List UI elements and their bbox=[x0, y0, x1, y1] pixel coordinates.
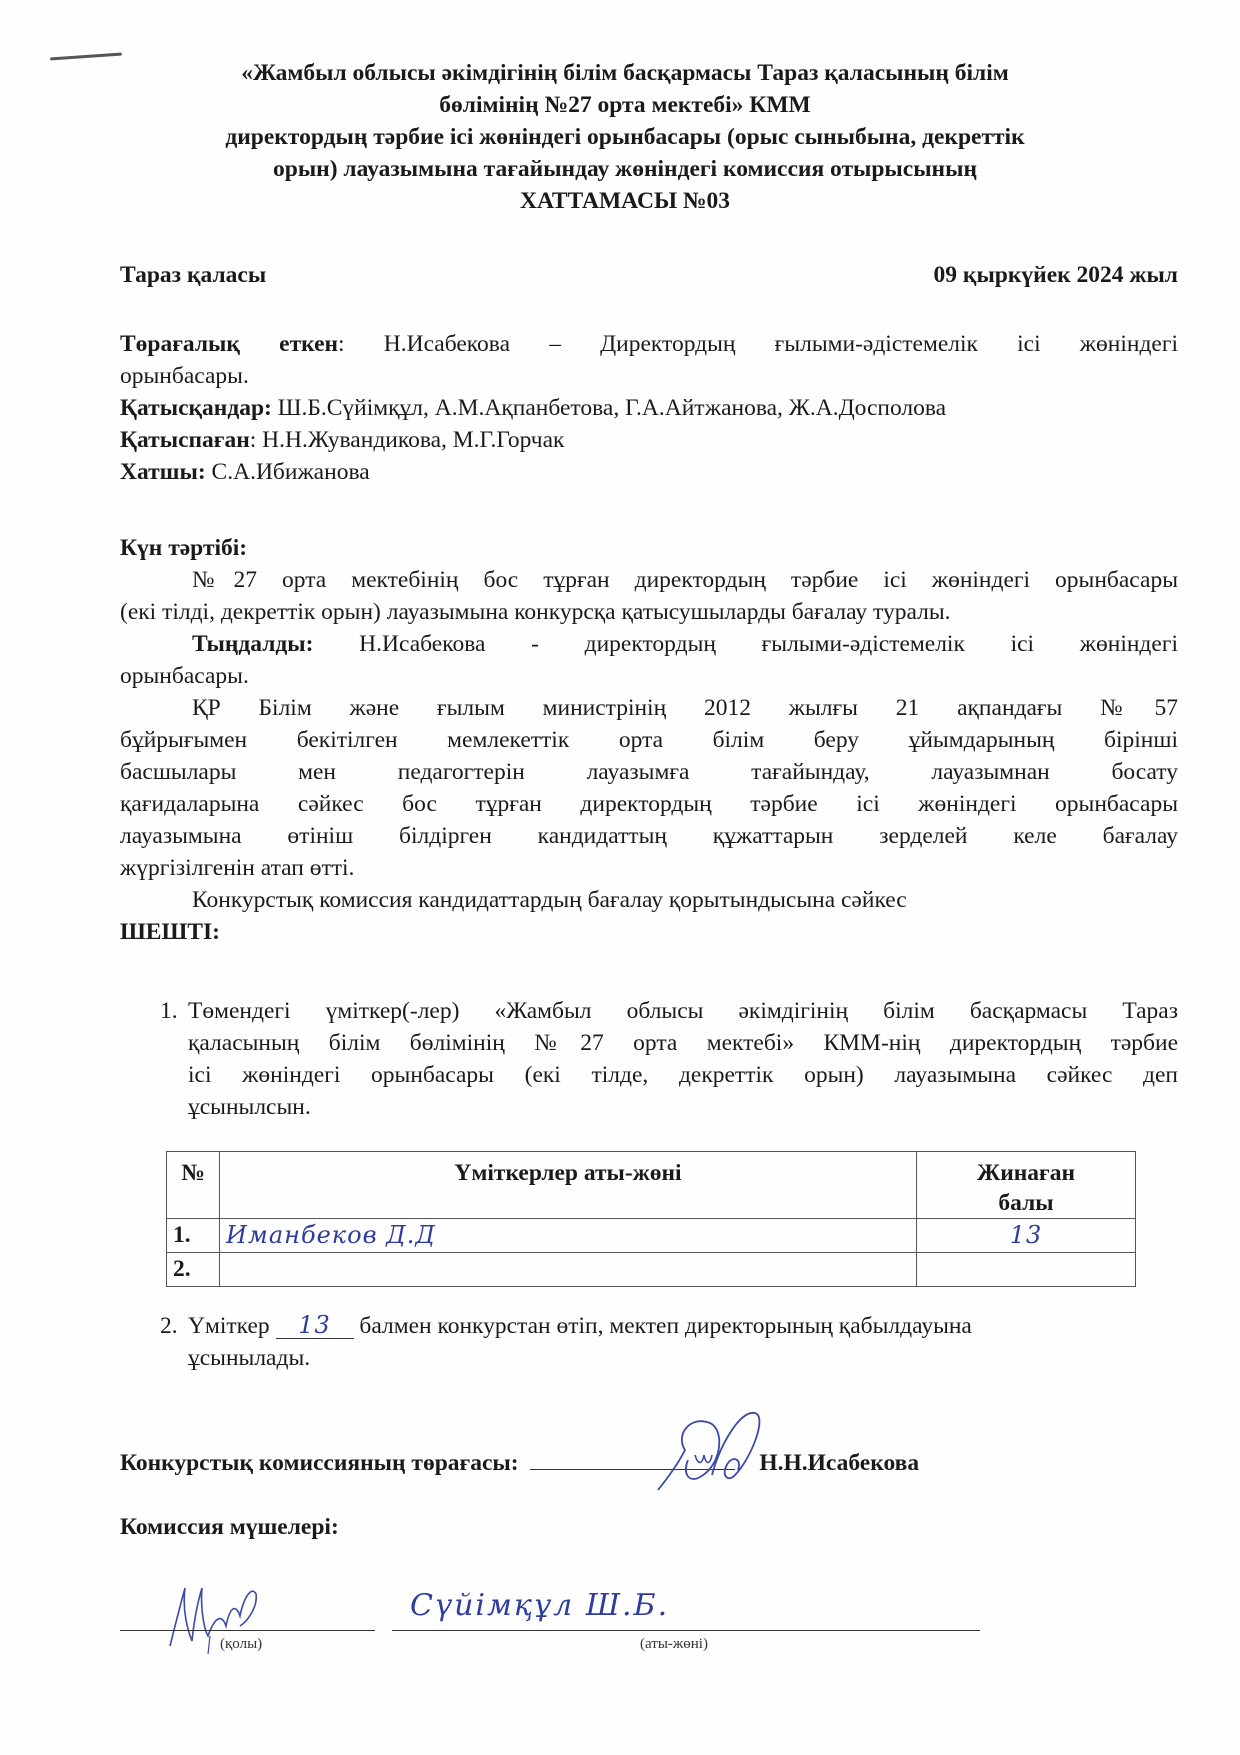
decision-item-2-line-2: ұсынылады. bbox=[188, 1342, 1178, 1374]
header-score-line-1: Жинаған bbox=[923, 1158, 1129, 1188]
absent-line: Қатыспаған: Н.Н.Жувандикова, М.Г.Горчак bbox=[120, 424, 1178, 456]
agenda-item-line-2: (екі тілді, декреттік орын) лауазымына к… bbox=[120, 596, 1178, 628]
paragraph-line-6: жүргізілгенін атап өтті. bbox=[120, 852, 1178, 884]
absent-label: Қатыспаған bbox=[120, 427, 250, 453]
decision-title: ШЕШТІ: bbox=[120, 916, 1178, 948]
secretary-label: Хатшы: bbox=[120, 459, 206, 485]
place: Тараз қаласы bbox=[120, 262, 266, 289]
candidate-name-handwritten: Иманбеков Д.Д bbox=[220, 1219, 917, 1253]
chair-label: Төрағалық еткен bbox=[120, 331, 338, 357]
score-blank-handwritten: 13 bbox=[276, 1312, 354, 1339]
agenda-item-line-1: №27 орта мектебінің бос тұрған директорд… bbox=[120, 564, 1178, 596]
agenda-section: Күн тәртібі: №27 орта мектебінің бос тұр… bbox=[120, 532, 1178, 948]
paragraph-line-4: қағидаларына сәйкес бос тұрған директорд… bbox=[120, 788, 1178, 820]
header-line-3: директордың тәрбие ісі жөніндегі орынбас… bbox=[110, 121, 1140, 153]
header-number: № bbox=[167, 1152, 220, 1219]
chair-value-cont: орынбасары. bbox=[120, 360, 1178, 392]
candidate-score-handwritten: 13 bbox=[917, 1219, 1136, 1253]
heard-value-cont: орынбасары. bbox=[120, 660, 1178, 692]
heard-label: Тыңдалды: bbox=[192, 631, 313, 657]
caption-name: (аты-жөні) bbox=[640, 1636, 708, 1653]
heard-value: Н.Исабекова - директордың ғылыми-әдістем… bbox=[313, 631, 1178, 657]
decision-item-2: 2. Үміткер 13 балмен конкурстан өтіп, ме… bbox=[160, 1310, 1178, 1374]
decision-item-1-line-3: ісі жөніндегі орынбасары (екі тілде, дек… bbox=[188, 1059, 1178, 1091]
member-signature-line bbox=[120, 1630, 375, 1631]
agenda-title: Күн тәртібі: bbox=[120, 532, 1178, 564]
table-row: 2. bbox=[167, 1253, 1136, 1287]
decision-item-1-number: 1. bbox=[160, 995, 178, 1027]
decision-item-2-line-1: Үміткер 13 балмен конкурстан өтіп, мекте… bbox=[188, 1310, 1178, 1342]
row-number: 2. bbox=[167, 1253, 220, 1287]
candidates-table: № Үміткерлер аты-жөні Жинаған балы 1. Им… bbox=[166, 1151, 1136, 1287]
protocol-title: ХАТТАМАСЫ №03 bbox=[110, 185, 1140, 217]
paragraph-line-5: лауазымына өтініш білдірген кандидаттың … bbox=[120, 820, 1178, 852]
chair-line: Төрағалық еткен: Н.Исабекова – Директорд… bbox=[120, 328, 1178, 360]
paragraph-line-2: бұйрығымен бекітілген мемлекеттік орта б… bbox=[120, 724, 1178, 756]
date: 09 қыркүйек 2024 жыл bbox=[934, 262, 1178, 289]
chair-value: : Н.Исабекова – Директордың ғылыми-әдіст… bbox=[338, 331, 1178, 357]
candidate-name-empty bbox=[220, 1253, 917, 1287]
header-score: Жинаған балы bbox=[917, 1152, 1136, 1219]
present-label: Қатысқандар: bbox=[120, 395, 272, 421]
decision-item-2-suffix: балмен конкурстан өтіп, мектеп директоры… bbox=[354, 1313, 972, 1339]
secretary-value: С.А.Ибижанова bbox=[206, 459, 370, 485]
paragraph-line-3: басшылары мен педагогтерін лауазымға тағ… bbox=[120, 756, 1178, 788]
decision-item-1-line-2: қаласының білім бөлімінің №27 орта мекте… bbox=[188, 1027, 1178, 1059]
place-date-row: Тараз қаласы 09 қыркүйек 2024 жыл bbox=[120, 262, 1178, 289]
decision-item-1: 1. Төмендегі үміткер(-лер) «Жамбыл облыс… bbox=[160, 995, 1178, 1123]
present-value: Ш.Б.Сүйімқұл, А.М.Ақпанбетова, Г.А.Айтжа… bbox=[272, 395, 946, 421]
decision-item-2-number: 2. bbox=[160, 1310, 178, 1342]
chair-signature-line bbox=[530, 1443, 735, 1470]
commission-line: Конкурстық комиссия кандидаттардың бағал… bbox=[120, 884, 1178, 916]
header-candidate-name: Үміткерлер аты-жөні bbox=[220, 1152, 917, 1219]
absent-value: : Н.Н.Жувандикова, М.Г.Горчак bbox=[250, 427, 565, 453]
row-number: 1. bbox=[167, 1219, 220, 1253]
members-label: Комиссия мүшелері: bbox=[120, 1514, 339, 1541]
table-row: 1. Иманбеков Д.Д 13 bbox=[167, 1219, 1136, 1253]
table-header-row: № Үміткерлер аты-жөні Жинаған балы bbox=[167, 1152, 1136, 1219]
header-score-line-2: балы bbox=[923, 1188, 1129, 1218]
document-page: «Жамбыл облысы әкімдігінің білім басқарм… bbox=[0, 0, 1240, 1755]
member-name-handwritten: Сүйімқұл Ш.Б. bbox=[410, 1588, 669, 1623]
document-header: «Жамбыл облысы әкімдігінің білім басқарм… bbox=[110, 57, 1140, 217]
member-signature-row: Сүйімқұл Ш.Б. (қолы) (аты-жөні) bbox=[120, 1584, 980, 1664]
paragraph-line-1: ҚР Білім және ғылым министрінің 2012 жыл… bbox=[120, 692, 1178, 724]
header-line-1: «Жамбыл облысы әкімдігінің білім басқарм… bbox=[110, 57, 1140, 89]
chair-signature-label: Конкурстық комиссияның төрағасы: bbox=[120, 1450, 519, 1476]
secretary-line: Хатшы: С.А.Ибижанова bbox=[120, 456, 1178, 488]
header-line-2: бөлімінің №27 орта мектебі» КММ bbox=[110, 89, 1140, 121]
member-name-line bbox=[392, 1630, 980, 1631]
present-line: Қатысқандар: Ш.Б.Сүйімқұл, А.М.Ақпанбето… bbox=[120, 392, 1178, 424]
decision-item-1-line-1: Төмендегі үміткер(-лер) «Жамбыл облысы ә… bbox=[188, 995, 1178, 1027]
candidate-score-empty bbox=[917, 1253, 1136, 1287]
chair-signature-name: Н.Н.Исабекова bbox=[759, 1450, 919, 1476]
decision-item-1-line-4: ұсынылсын. bbox=[188, 1091, 1178, 1123]
attendance-section: Төрағалық еткен: Н.Исабекова – Директорд… bbox=[120, 328, 1178, 488]
heard-line: Тыңдалды: Н.Исабекова - директордың ғылы… bbox=[120, 628, 1178, 660]
candidate-prefix: Үміткер bbox=[188, 1313, 276, 1339]
caption-signature: (қолы) bbox=[220, 1636, 262, 1653]
header-line-4: орын) лауазымына тағайындау жөніндегі ко… bbox=[110, 153, 1140, 185]
chair-signature-row: Конкурстық комиссияның төрағасы: Н.Н.Иса… bbox=[120, 1443, 919, 1477]
